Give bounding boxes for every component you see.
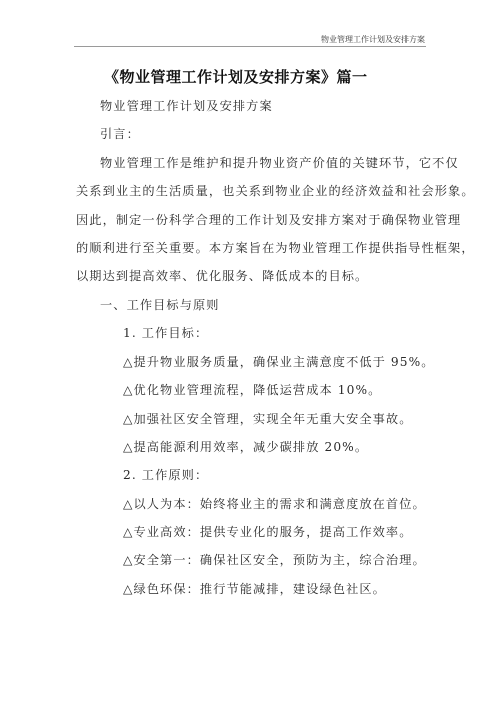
paragraph-line: 的顺利进行至关重要。本方案旨在为物业管理工作提供指导性框架， <box>76 239 475 256</box>
header-rule <box>74 46 426 47</box>
subtitle: 物业管理工作计划及安排方案 <box>100 97 273 114</box>
list-item: △安全第一：确保社区安全，预防为主，综合治理。 <box>123 551 426 568</box>
subsection-heading: 2. 工作原则： <box>123 466 208 483</box>
list-item: △专业高效：提供专业化的服务，提高工作效率。 <box>123 523 413 540</box>
list-item: △优化物业管理流程，降低运营成本 10%。 <box>123 381 381 398</box>
list-item: △提高能源利用效率，减少碳排放 20%。 <box>123 438 368 455</box>
document-title: 《物业管理工作计划及安排方案》篇一 <box>104 66 368 87</box>
paragraph-line: 因此，制定一份科学合理的工作计划及安排方案对于确保物业管理 <box>76 211 461 228</box>
list-item: △以人为本：始终将业主的需求和满意度放在首位。 <box>123 495 426 512</box>
list-item: △提升物业服务质量，确保业主满意度不低于 95%。 <box>123 353 435 370</box>
running-header-title: 物业管理工作计划及安排方案 <box>321 34 425 45</box>
list-item: △加强社区安全管理，实现全年无重大安全事故。 <box>123 410 413 427</box>
list-item: △绿色环保：推行节能减排，建设绿色社区。 <box>123 580 386 597</box>
paragraph-line: 以期达到提高效率、优化服务、降低成本的目标。 <box>76 267 368 284</box>
paragraph-line: 关系到业主的生活质量，也关系到物业企业的经济效益和社会形象。 <box>76 182 475 199</box>
intro-label: 引言： <box>100 125 140 142</box>
subsection-heading: 1. 工作目标： <box>123 324 208 341</box>
paragraph-line: 物业管理工作是维护和提升物业资产价值的关键环节，它不仅 <box>100 154 459 171</box>
section-heading: 一、工作目标与原则 <box>100 296 220 313</box>
